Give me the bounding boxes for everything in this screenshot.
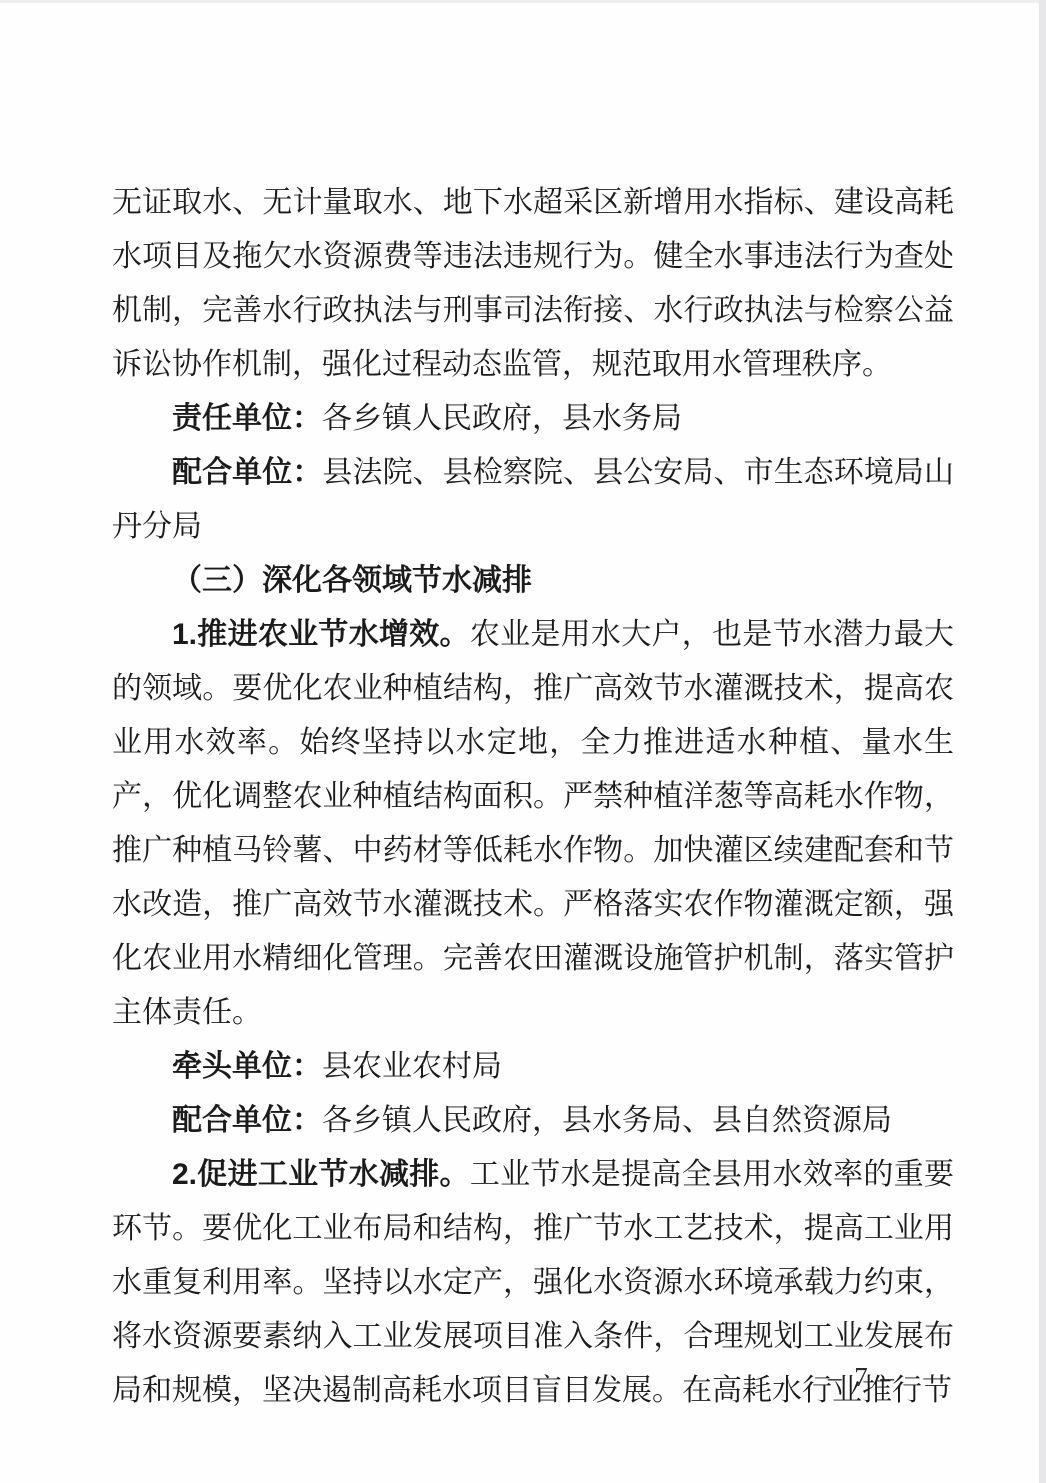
responsible-unit-label: 责任单位： [172, 402, 322, 435]
document-page: 无证取水、无计量取水、地下水超采区新增用水指标、建设高耗水项目及拖欠水资源费等违… [0, 0, 1046, 1483]
item-2-title: 2.促进工业节水减排。 [172, 1158, 470, 1191]
item-1-text: 农业是用水大户，也是节水潜力最大的领域。要优化农业种植结构，推广高效节水灌溉技术… [112, 618, 954, 1029]
cooperating-unit-line-2: 配合单位：各乡镇人民政府，县水务局、县自然资源局 [112, 1094, 954, 1148]
item-1-title: 1.推进农业节水增效。 [172, 618, 470, 651]
cooperating-unit-label-2: 配合单位： [172, 1104, 322, 1137]
lead-unit-value: 县农业农村局 [322, 1050, 502, 1083]
page-number: – 7 – [828, 1362, 897, 1393]
responsible-unit-line: 责任单位：各乡镇人民政府，县水务局 [112, 392, 954, 446]
paragraph-text: 无证取水、无计量取水、地下水超采区新增用水指标、建设高耗水项目及拖欠水资源费等违… [112, 186, 954, 381]
cooperating-unit-value-2: 各乡镇人民政府，县水务局、县自然资源局 [322, 1104, 892, 1137]
lead-unit-line: 牵头单位：县农业农村局 [112, 1040, 954, 1094]
body-paragraph-continuation: 无证取水、无计量取水、地下水超采区新增用水指标、建设高耗水项目及拖欠水资源费等违… [112, 176, 954, 392]
section-heading-3: （三）深化各领域节水减排 [112, 554, 954, 608]
item-1-paragraph: 1.推进农业节水增效。农业是用水大户，也是节水潜力最大的领域。要优化农业种植结构… [112, 608, 954, 1040]
responsible-unit-value: 各乡镇人民政府，县水务局 [322, 402, 682, 435]
scan-edge-top [0, 0, 1046, 3]
cooperating-unit-label: 配合单位： [172, 456, 322, 489]
scan-edge-right [1039, 0, 1046, 1483]
lead-unit-label: 牵头单位： [172, 1050, 322, 1083]
document-body: 无证取水、无计量取水、地下水超采区新增用水指标、建设高耗水项目及拖欠水资源费等违… [112, 176, 954, 1418]
section-heading-text: （三）深化各领域节水减排 [172, 564, 532, 597]
cooperating-unit-line-1: 配合单位：县法院、县检察院、县公安局、市生态环境局山丹分局 [112, 446, 954, 554]
